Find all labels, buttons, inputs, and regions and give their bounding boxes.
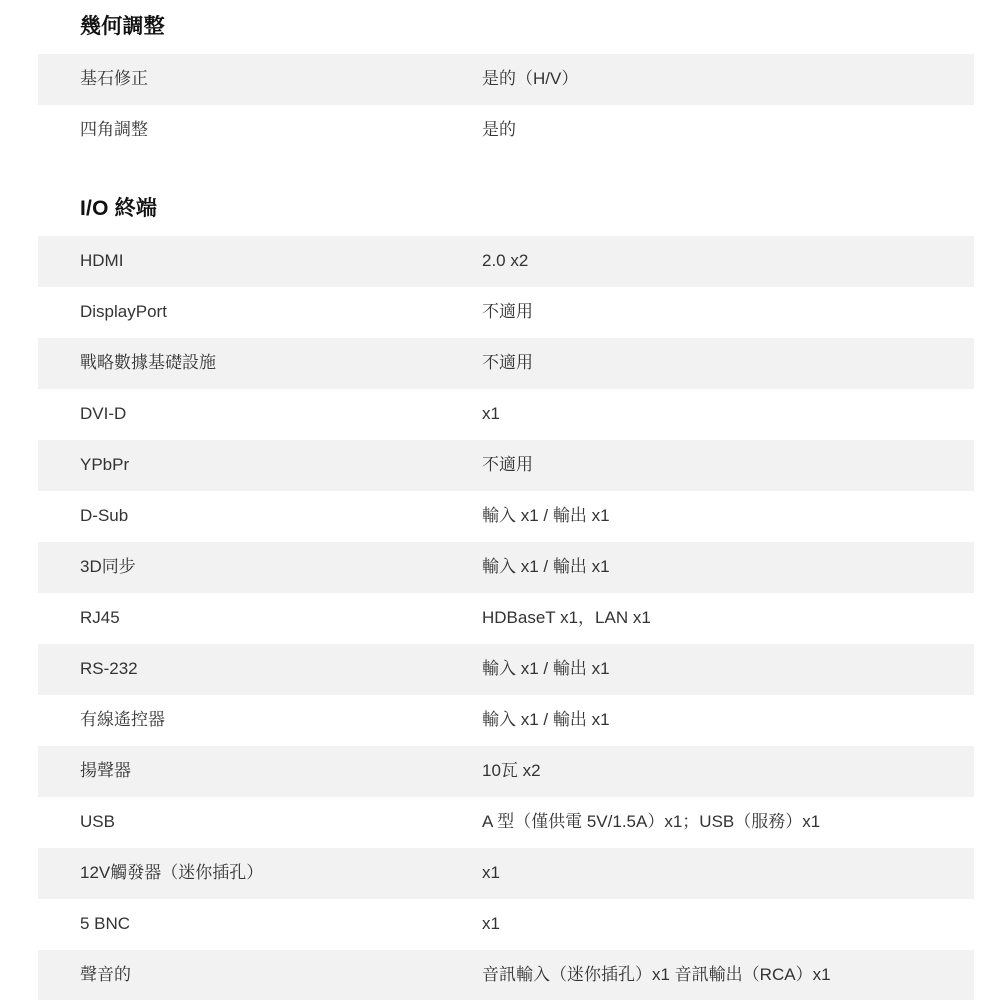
row-value: x1 <box>482 403 974 425</box>
spec-section: 幾何調整 基石修正 是的（H/V） 四角調整 是的 <box>38 0 974 156</box>
table-row: DVI-D x1 <box>38 389 974 440</box>
spec-page-body: { "theme": { "page_background": "#ffffff… <box>0 0 1000 1000</box>
table-row: 聲音的 音訊輸入（迷你插孔）x1 音訊輸出（RCA）x1 <box>38 950 974 1000</box>
table-row: 12V觸發器（迷你插孔） x1 <box>38 848 974 899</box>
table-row: DisplayPort 不適用 <box>38 287 974 338</box>
table-row: 基石修正 是的（H/V） <box>38 54 974 105</box>
table-row: RJ45 HDBaseT x1，LAN x1 <box>38 593 974 644</box>
row-label: 基石修正 <box>38 68 482 90</box>
row-value: 不適用 <box>482 301 974 323</box>
row-value: 輸入 x1 / 輸出 x1 <box>482 658 974 680</box>
spec-tables: 幾何調整 基石修正 是的（H/V） 四角調整 是的 I/O 終端 HDMI 2.… <box>38 0 974 1000</box>
row-label: USB <box>38 811 482 833</box>
row-label: 戰略數據基礎設施 <box>38 352 482 374</box>
row-label: 5 BNC <box>38 913 482 935</box>
table-row: YPbPr 不適用 <box>38 440 974 491</box>
row-value: 10瓦 x2 <box>482 760 974 782</box>
table-row: 戰略數據基礎設施 不適用 <box>38 338 974 389</box>
row-label: DisplayPort <box>38 301 482 323</box>
row-value: 2.0 x2 <box>482 250 974 272</box>
table-row: 揚聲器 10瓦 x2 <box>38 746 974 797</box>
row-value: A 型（僅供電 5V/1.5A）x1；USB（服務）x1 <box>482 811 974 833</box>
row-label: 聲音的 <box>38 964 482 986</box>
spec-table: 基石修正 是的（H/V） 四角調整 是的 <box>38 54 974 156</box>
section-title: 幾何調整 <box>38 0 974 54</box>
row-value: 輸入 x1 / 輸出 x1 <box>482 505 974 527</box>
row-label: DVI-D <box>38 403 482 425</box>
spec-section: I/O 終端 HDMI 2.0 x2 DisplayPort 不適用 戰略數據基… <box>38 156 974 1000</box>
table-row: 有線遙控器 輸入 x1 / 輸出 x1 <box>38 695 974 746</box>
table-row: RS-232 輸入 x1 / 輸出 x1 <box>38 644 974 695</box>
row-label: 3D同步 <box>38 556 482 578</box>
section-title: I/O 終端 <box>38 156 974 236</box>
row-label: 12V觸發器（迷你插孔） <box>38 862 482 884</box>
table-row: USB A 型（僅供電 5V/1.5A）x1；USB（服務）x1 <box>38 797 974 848</box>
row-label: HDMI <box>38 250 482 272</box>
row-value: 是的（H/V） <box>482 68 974 90</box>
row-value: 輸入 x1 / 輸出 x1 <box>482 709 974 731</box>
row-label: YPbPr <box>38 454 482 476</box>
row-label: 有線遙控器 <box>38 709 482 731</box>
spec-table: HDMI 2.0 x2 DisplayPort 不適用 戰略數據基礎設施 不適用… <box>38 236 974 1000</box>
row-label: RJ45 <box>38 607 482 629</box>
table-row: 5 BNC x1 <box>38 899 974 950</box>
row-label: 揚聲器 <box>38 760 482 782</box>
row-label: RS-232 <box>38 658 482 680</box>
table-row: HDMI 2.0 x2 <box>38 236 974 287</box>
table-row: 3D同步 輸入 x1 / 輸出 x1 <box>38 542 974 593</box>
row-label: D-Sub <box>38 505 482 527</box>
row-value: HDBaseT x1，LAN x1 <box>482 607 974 629</box>
row-value: 不適用 <box>482 352 974 374</box>
row-value: 是的 <box>482 119 974 141</box>
row-value: 音訊輸入（迷你插孔）x1 音訊輸出（RCA）x1 <box>482 964 974 986</box>
row-value: 不適用 <box>482 454 974 476</box>
table-row: D-Sub 輸入 x1 / 輸出 x1 <box>38 491 974 542</box>
row-value: 輸入 x1 / 輸出 x1 <box>482 556 974 578</box>
row-label: 四角調整 <box>38 119 482 141</box>
table-row: 四角調整 是的 <box>38 105 974 156</box>
row-value: x1 <box>482 862 974 884</box>
row-value: x1 <box>482 913 974 935</box>
